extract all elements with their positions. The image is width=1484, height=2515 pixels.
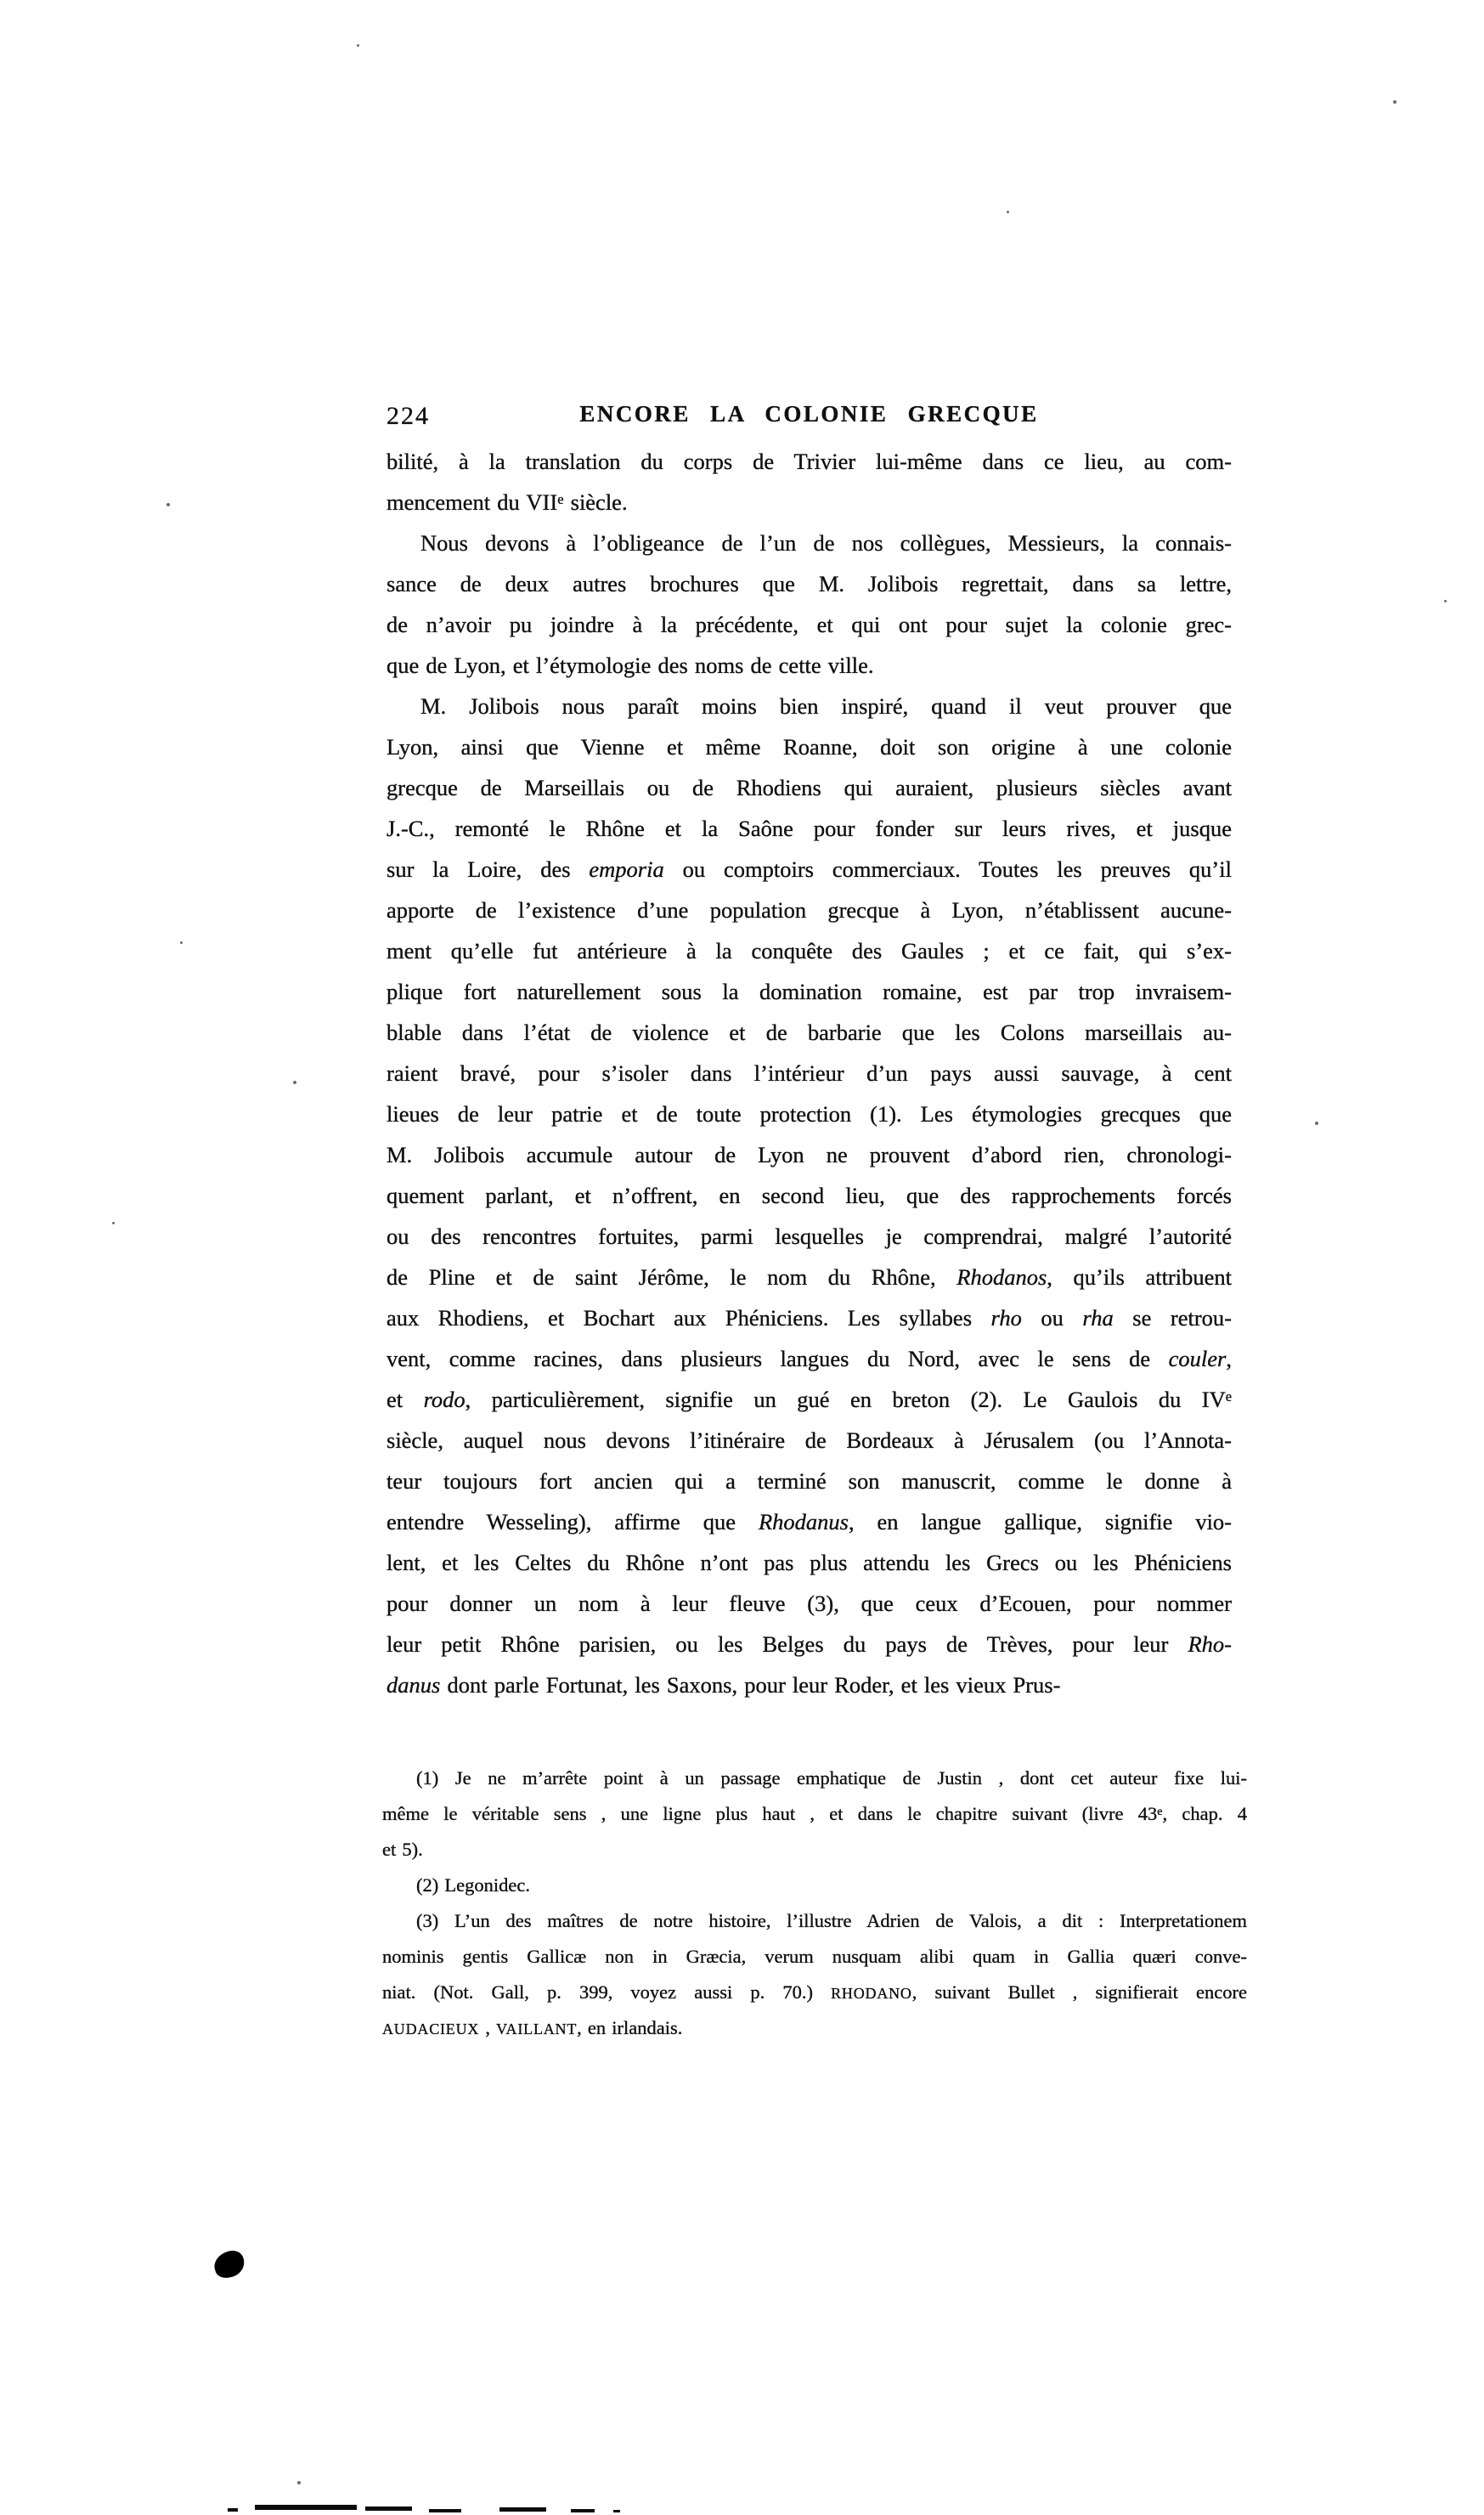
text-line: quement parlant, et n’offrent, en second… <box>387 1175 1232 1216</box>
text-line: lieues de leur patrie et de toute protec… <box>387 1094 1232 1134</box>
footnote-paragraph: (3) L’un des maîtres de notre histoire, … <box>382 1903 1247 2046</box>
text-line: siècle, auquel nous devons l’itinéraire … <box>387 1420 1232 1461</box>
text-line: de n’avoir pu joindre à la précédente, e… <box>387 604 1232 645</box>
text-line: teur toujours fort ancien qui a terminé … <box>387 1461 1232 1501</box>
paragraph: Nous devons à l’obligeance de l’un de no… <box>387 523 1232 686</box>
ink-speck <box>1007 211 1009 213</box>
text-line: raient bravé, pour s’isoler dans l’intér… <box>387 1053 1232 1094</box>
ink-speck <box>357 44 359 47</box>
footnote-line: (1) Je ne m’arrête point à un passage em… <box>382 1760 1247 1796</box>
page-number: 224 <box>387 402 430 431</box>
scan-edge-mark <box>255 2505 357 2510</box>
ink-speck <box>297 2481 301 2484</box>
footnote-paragraph: (2) Legonidec. <box>382 1868 1247 1903</box>
ink-speck <box>1315 1122 1318 1125</box>
text-line: sur la Loire, des emporia ou comptoirs c… <box>387 849 1232 890</box>
text-line: danus dont parle Fortunat, les Saxons, p… <box>387 1664 1232 1705</box>
text-line: grecque de Marseillais ou de Rhodiens qu… <box>387 767 1232 808</box>
footnote-line: niat. (Not. Gall, p. 399, voyez aussi p.… <box>382 1975 1247 2010</box>
text-line: entendre Wesseling), affirme que Rhodanu… <box>387 1501 1232 1542</box>
ink-speck <box>112 1222 115 1224</box>
footnote-line: même le véritable sens , une ligne plus … <box>382 1796 1247 1832</box>
text-line: lent, et les Celtes du Rhône n’ont pas p… <box>387 1542 1232 1583</box>
footnote-line: nominis gentis Gallicæ non in Græcia, ve… <box>382 1939 1247 1975</box>
text-line: pour donner un nom à leur fleuve (3), qu… <box>387 1583 1232 1624</box>
scan-edge-mark <box>429 2509 461 2512</box>
paragraph: bilité, à la translation du corps de Tri… <box>387 441 1232 523</box>
footnote-line: et 5). <box>382 1832 1247 1868</box>
text-line: ment qu’elle fut antérieure à la conquêt… <box>387 930 1232 971</box>
ink-speck <box>166 503 170 506</box>
text-line: mencement du VIIe siècle. <box>387 482 1232 523</box>
footnote-line: (2) Legonidec. <box>382 1868 1247 1903</box>
footnote-line: (3) L’un des maîtres de notre histoire, … <box>382 1903 1247 1939</box>
text-line: apporte de l’existence d’une population … <box>387 890 1232 930</box>
text-line: Lyon, ainsi que Vienne et même Roanne, d… <box>387 726 1232 767</box>
scan-edge-mark <box>571 2509 595 2512</box>
ink-speck <box>1393 100 1397 104</box>
ink-speck <box>180 941 183 944</box>
ink-blot <box>211 2247 248 2281</box>
text-line: ou des rencontres fortuites, parmi lesqu… <box>387 1216 1232 1257</box>
text-line: que de Lyon, et l’étymologie des noms de… <box>387 645 1232 686</box>
footnote-paragraph: (1) Je ne m’arrête point à un passage em… <box>382 1760 1247 1868</box>
text-line: et rodo, particulièrement, signifie un g… <box>387 1379 1232 1420</box>
text-line: M. Jolibois accumule autour de Lyon ne p… <box>387 1134 1232 1175</box>
footnotes: (1) Je ne m’arrête point à un passage em… <box>382 1760 1247 2046</box>
scanned-book-page: 224 ENCORE LA COLONIE GRECQUE bilité, à … <box>0 0 1484 2515</box>
text-line: blable dans l’état de violence et de bar… <box>387 1012 1232 1053</box>
text-line: bilité, à la translation du corps de Tri… <box>387 441 1232 482</box>
scan-edge-mark <box>499 2507 546 2512</box>
text-line: plique fort naturellement sous la domina… <box>387 971 1232 1012</box>
text-line: aux Rhodiens, et Bochart aux Phéniciens.… <box>387 1297 1232 1338</box>
text-line: M. Jolibois nous paraît moins bien inspi… <box>387 686 1232 726</box>
ink-speck <box>1444 600 1447 602</box>
running-title: ENCORE LA COLONIE GRECQUE <box>387 401 1232 427</box>
scan-edge-mark <box>365 2507 412 2511</box>
ink-speck <box>293 1081 296 1084</box>
scan-edge-mark <box>228 2508 238 2512</box>
text-line: vent, comme racines, dans plusieurs lang… <box>387 1338 1232 1379</box>
text-line: de Pline et de saint Jérôme, le nom du R… <box>387 1257 1232 1297</box>
text-line: sance de deux autres brochures que M. Jo… <box>387 563 1232 604</box>
text-line: leur petit Rhône parisien, ou les Belges… <box>387 1624 1232 1664</box>
text-line: Nous devons à l’obligeance de l’un de no… <box>387 523 1232 563</box>
paragraph: M. Jolibois nous paraît moins bien inspi… <box>387 686 1232 1705</box>
main-text: bilité, à la translation du corps de Tri… <box>387 441 1232 1705</box>
scan-edge-mark <box>613 2510 620 2512</box>
footnote-line: AUDACIEUX , VAILLANT, en irlandais. <box>382 2010 1247 2046</box>
text-line: J.-C., remonté le Rhône et la Saône pour… <box>387 808 1232 849</box>
page-header: 224 ENCORE LA COLONIE GRECQUE <box>387 401 1232 438</box>
